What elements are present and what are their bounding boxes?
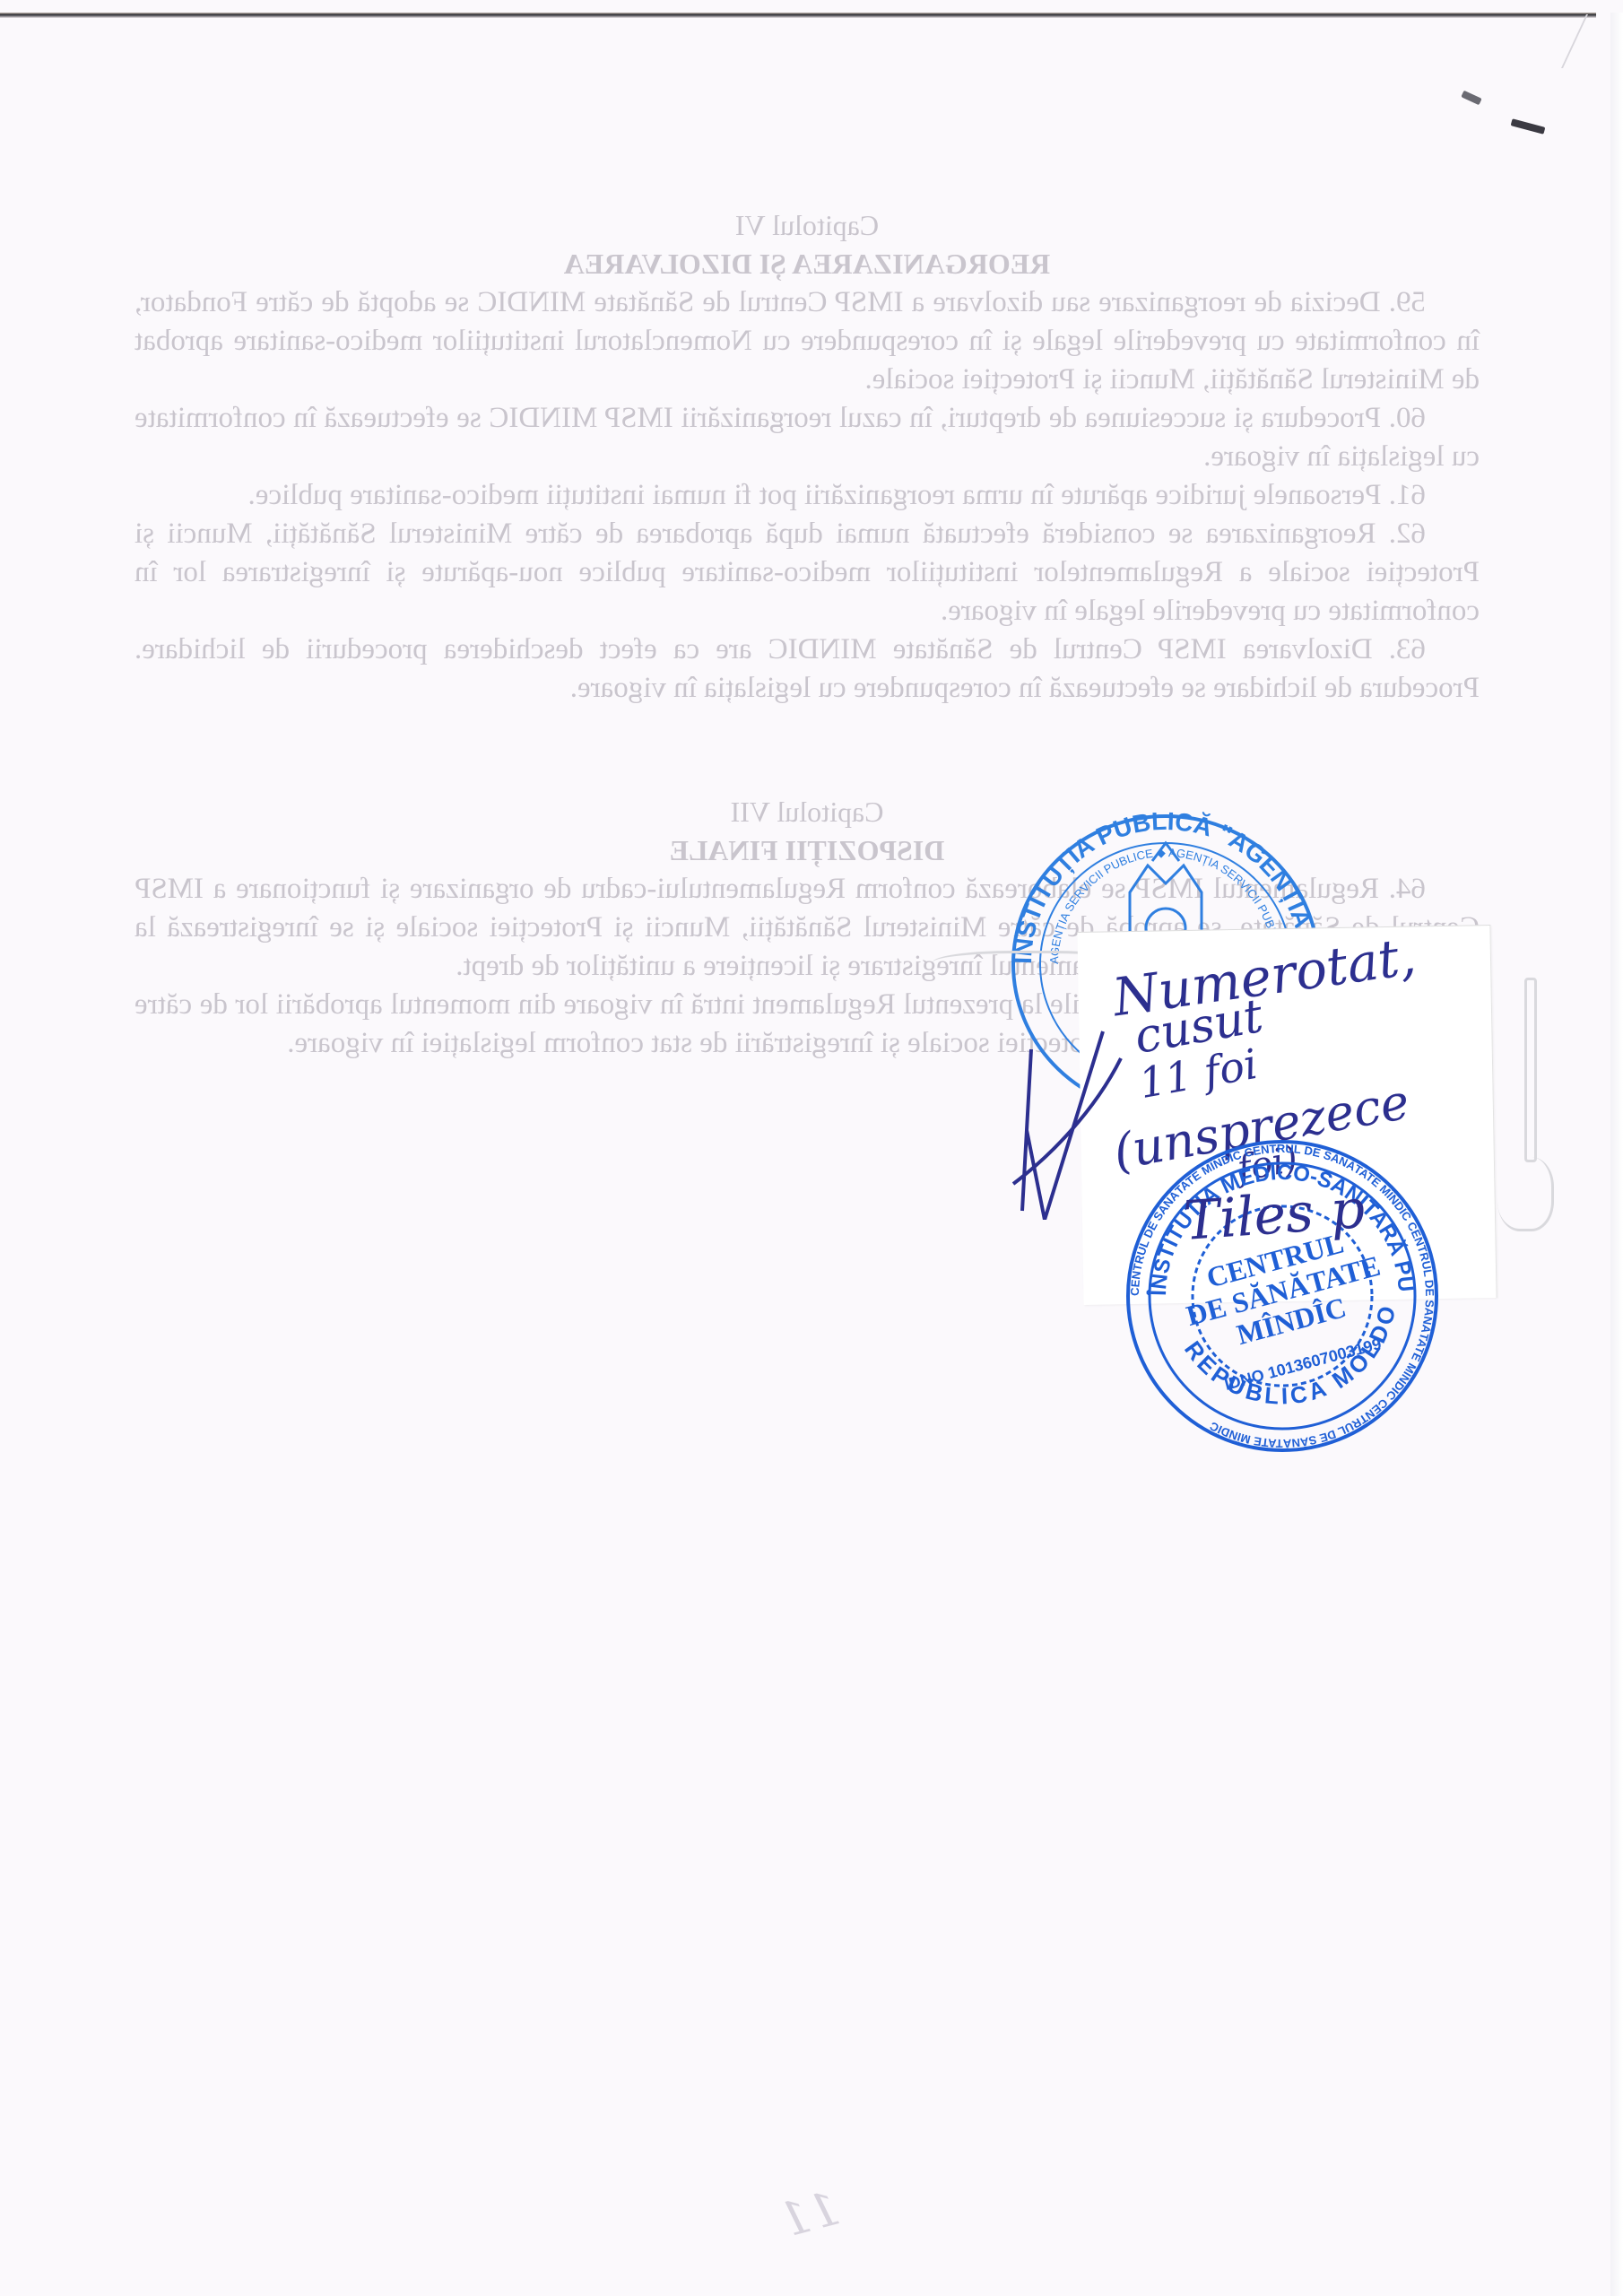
chapter-vi-label: Capitolul VI	[135, 206, 1480, 245]
binding-thread	[1524, 978, 1537, 1162]
signature-director: Tiles p	[1182, 1178, 1367, 1253]
paragraph: 61. Persoanele juridice apărute în urma …	[135, 476, 1480, 515]
signature-left	[995, 1004, 1130, 1220]
binding-thread	[1497, 1157, 1554, 1231]
page-right-edge	[1610, 13, 1623, 2296]
paragraph: 59. Decizia de reorganizare sau dizolvar…	[135, 283, 1480, 399]
chapter-vi-title: REORGANIZAREA ȘI DIZOLVAREA	[135, 245, 1480, 283]
staple-icon	[1461, 91, 1481, 106]
paragraph: 62. Reorganizarea se consideră efectuată…	[135, 515, 1480, 631]
faint-page-number: 11	[774, 2181, 845, 2248]
paragraph: 60. Procedura și succesiunea de drepturi…	[135, 399, 1480, 476]
staple-icon	[1511, 118, 1546, 135]
paragraph: 63. Dizolvarea IMSP Centrul de Sănătate …	[135, 631, 1480, 708]
page-top-edge	[0, 13, 1596, 18]
